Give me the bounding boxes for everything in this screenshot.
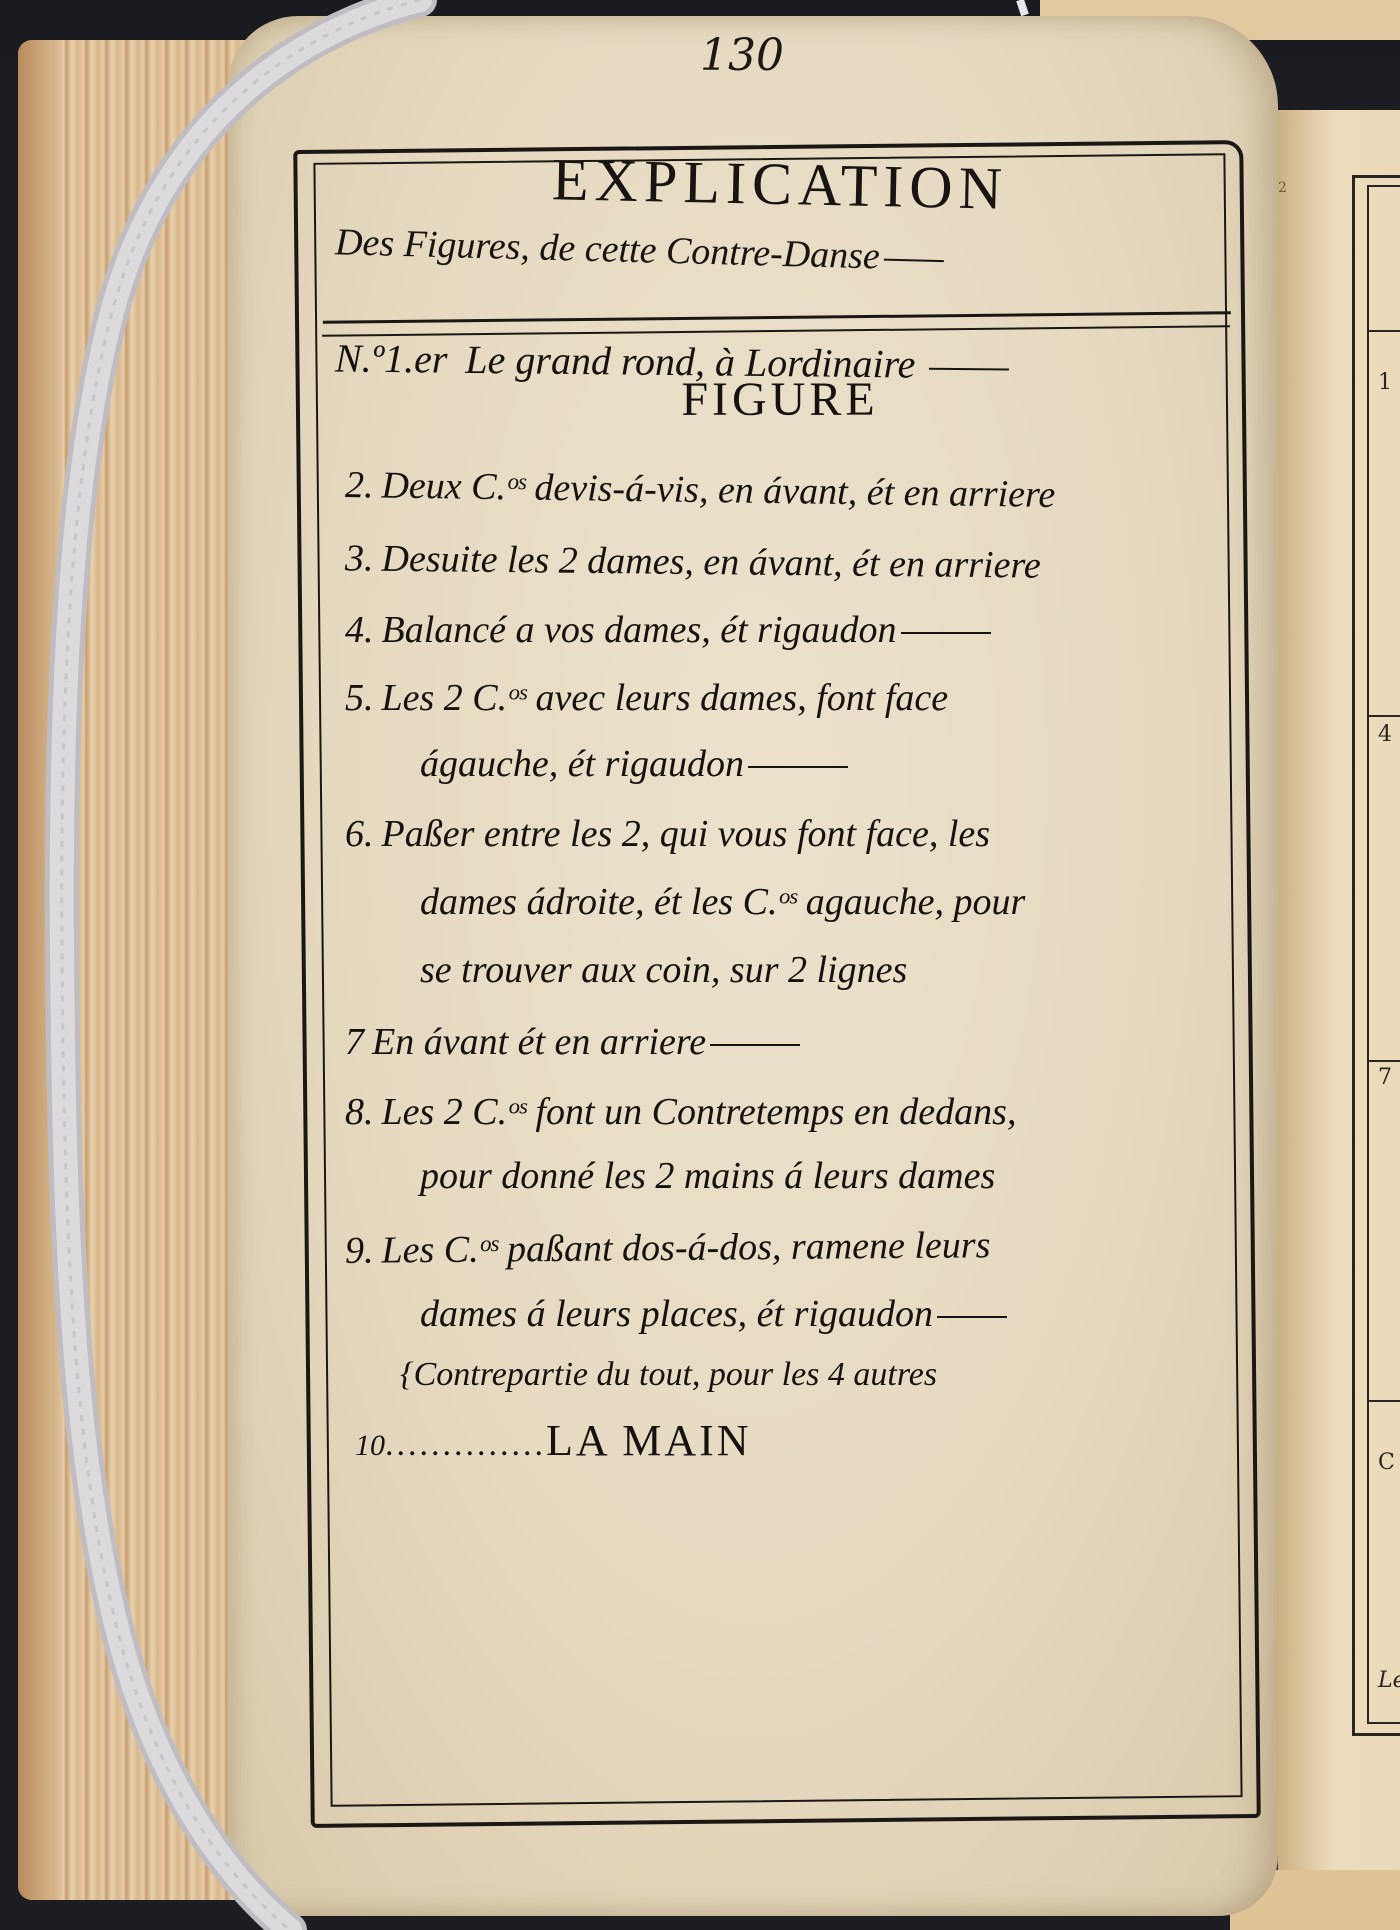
facing-page-row-number: 4 <box>1378 722 1392 747</box>
figure-title: LA MAIN <box>546 1416 752 1465</box>
facing-page-partial-letter: Le <box>1378 1668 1400 1693</box>
figure-text: Deux C.ᵒˢ devis-á-vis, en ávant, ét en a… <box>381 465 1055 516</box>
page-number: 130 <box>700 30 784 81</box>
figure-line: 4.Balancé a vos dames, ét rigaudon <box>345 608 991 652</box>
section-heading: FIGURE <box>330 372 1230 427</box>
figure-line-continuation: dames á leurs places, ét rigaudon <box>420 1292 1007 1336</box>
facing-page-row-number: 7 <box>1378 1065 1392 1090</box>
figure-number: 2. <box>345 464 374 506</box>
figure-line: 9.Les C.ᵒˢ paßant dos-á-dos, ramene leur… <box>345 1223 991 1273</box>
swash-rule <box>748 766 848 768</box>
figure-number: 3. <box>345 537 374 579</box>
figure-text: Les 2 C.ᵒˢ font un Contretemps en dedans… <box>382 1091 1017 1133</box>
swash-rule <box>929 368 1009 371</box>
final-figure: 10..............LA MAIN <box>355 1415 752 1466</box>
swash-rule <box>710 1044 800 1046</box>
figure-line: 7En ávant ét en arriere <box>345 1020 800 1064</box>
figure-text: dames ádroite, ét les C.ᵒˢ agauche, pour <box>420 881 1025 923</box>
facing-page-frame-inner <box>1367 185 1400 1724</box>
figure-text: En ávant ét en arriere <box>372 1021 706 1063</box>
figure-line-continuation: pour donné les 2 mains á leurs dames <box>420 1154 995 1198</box>
swash-rule <box>884 259 944 263</box>
figure-text: pour donné les 2 mains á leurs dames <box>420 1155 995 1197</box>
figure-number: 5. <box>345 677 374 719</box>
figure-number: 8. <box>345 1091 374 1133</box>
facing-page-corner-mark: 2 <box>1278 180 1287 196</box>
facing-page-rule <box>1367 1400 1400 1402</box>
figure-text: {Contrepartie du tout, pour les 4 autres <box>400 1356 937 1393</box>
figure-line-continuation: dames ádroite, ét les C.ᵒˢ agauche, pour <box>420 880 1025 924</box>
figure-line: 6.Paßer entre les 2, qui vous font face,… <box>345 812 990 856</box>
figure-text: Les C.ᵒˢ paßant dos-á-dos, ramene leurs <box>381 1224 990 1271</box>
facing-page-rule <box>1367 715 1400 717</box>
figure-text: Balancé a vos dames, ét rigaudon <box>382 609 897 651</box>
facing-page-row-number: 1 <box>1378 370 1392 395</box>
figure-number: 4. <box>345 609 374 651</box>
figure-number: 9. <box>345 1230 374 1272</box>
book-page-edges-shadow <box>18 40 58 1900</box>
figure-number: 10 <box>355 1429 385 1462</box>
figure-line: 8.Les 2 C.ᵒˢ font un Contretemps en deda… <box>345 1090 1016 1134</box>
figure-number: 6. <box>345 813 374 855</box>
figure-text: Les 2 C.ᵒˢ avec leurs dames, font face <box>382 677 949 719</box>
facing-page-partial-letter: C <box>1378 1450 1395 1475</box>
figure-number: 7 <box>345 1021 364 1063</box>
leader-dots: .............. <box>385 1426 546 1463</box>
figure-text: Desuite les 2 dames, en ávant, ét en arr… <box>381 538 1041 587</box>
figure-text: dames á leurs places, ét rigaudon <box>420 1293 933 1335</box>
figure-text: Paßer entre les 2, qui vous font face, l… <box>382 813 991 855</box>
figure-line: 5.Les 2 C.ᵒˢ avec leurs dames, font face <box>345 676 948 720</box>
facing-page-rule <box>1367 1060 1400 1062</box>
swash-rule <box>937 1316 1007 1318</box>
facing-page-rule <box>1367 330 1400 332</box>
swash-rule <box>901 632 991 634</box>
figure-line-continuation: se trouver aux coin, sur 2 lignes <box>420 948 907 992</box>
contrepartie-note: {Contrepartie du tout, pour les 4 autres <box>400 1356 937 1394</box>
figure-line-continuation: ágauche, ét rigaudon <box>420 742 848 786</box>
figure-text: se trouver aux coin, sur 2 lignes <box>420 949 907 991</box>
figure-line: 3.Desuite les 2 dames, en ávant, ét en a… <box>345 536 1041 587</box>
figure-text: ágauche, ét rigaudon <box>420 743 744 785</box>
